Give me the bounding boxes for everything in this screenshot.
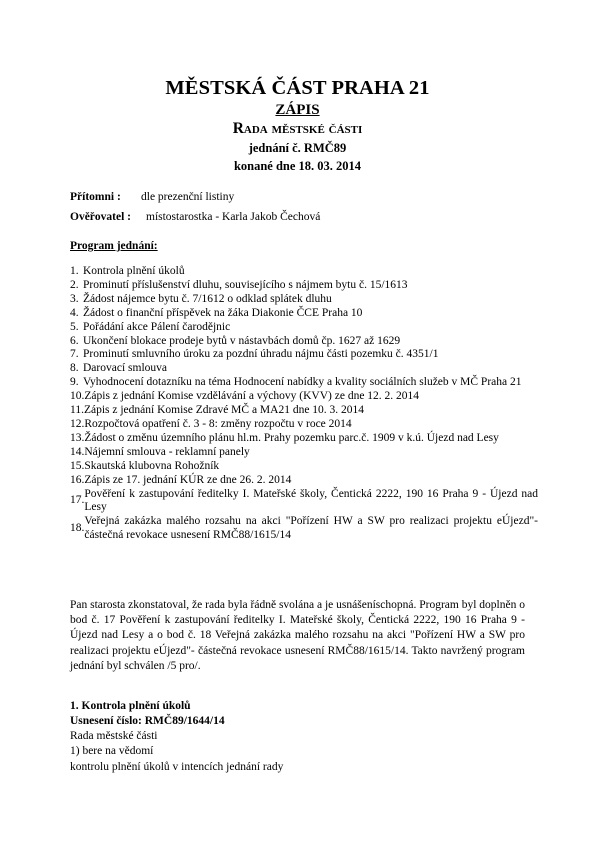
- resolution-detail: kontrolu plnění úkolů v intencích jednán…: [70, 760, 283, 775]
- agenda-item[interactable]: 13.Žádost o změnu územního plánu hl.m. P…: [70, 432, 538, 446]
- agenda-item[interactable]: 14.Nájemní smlouva - reklamní panely: [70, 446, 538, 460]
- agenda-item-text: Vyhodnocení dotazníku na téma Hodnocení …: [83, 376, 538, 390]
- agenda-item[interactable]: 8.Darovací smlouva: [70, 362, 538, 376]
- agenda-item-number: 15.: [70, 460, 84, 474]
- agenda-list: 1.Kontrola plnění úkolů2.Prominutí přísl…: [70, 265, 538, 543]
- agenda-item-text: Darovací smlouva: [83, 362, 538, 376]
- agenda-item-number: 11.: [70, 404, 84, 418]
- agenda-item-text: Prominutí smluvního úroku za pozdní úhra…: [83, 348, 538, 362]
- agenda-item-text: Kontrola plnění úkolů: [83, 265, 538, 279]
- agenda-item[interactable]: 9.Vyhodnocení dotazníku na téma Hodnocen…: [70, 376, 538, 390]
- present-label: Přítomni :: [70, 191, 121, 203]
- agenda-item-number: 3.: [70, 293, 83, 307]
- agenda-item-text: Nájemní smlouva - reklamní panely: [84, 446, 538, 460]
- agenda-item-text: Rozpočtová opatření č. 3 - 8: změny rozp…: [84, 418, 538, 432]
- agenda-item-text: Pořádání akce Pálení čarodějnic: [83, 321, 538, 335]
- agenda-item[interactable]: 11.Zápis z jednání Komise Zdravé MČ a MA…: [70, 404, 538, 418]
- document-page: MĚSTSKÁ ČÁST PRAHA 21 ZÁPIS Rada městské…: [0, 0, 595, 842]
- agenda-item-number: 12.: [70, 418, 84, 432]
- agenda-item-number: 8.: [70, 362, 83, 376]
- agenda-item-text: Zápis ze 17. jednání KÚR ze dne 26. 2. 2…: [84, 474, 538, 488]
- present-value: dle prezenční listiny: [141, 191, 234, 203]
- agenda-item-number: 9.: [70, 376, 83, 390]
- agenda-item[interactable]: 12.Rozpočtová opatření č. 3 - 8: změny r…: [70, 418, 538, 432]
- agenda-item-number: 6.: [70, 335, 83, 349]
- resolution-body: Rada městské části: [70, 729, 158, 744]
- agenda-item-number: 5.: [70, 321, 83, 335]
- agenda-item[interactable]: 15.Skautská klubovna Rohožník: [70, 460, 538, 474]
- resolution-point: 1) bere na vědomí: [70, 744, 153, 759]
- council-name: Rada městské části: [0, 120, 595, 138]
- agenda-item-number: 14.: [70, 446, 84, 460]
- agenda-item[interactable]: 18.Veřejná zakázka malého rozsahu na akc…: [70, 515, 538, 543]
- agenda-item-text: Žádost o změnu územního plánu hl.m. Prah…: [84, 432, 538, 446]
- document-type: ZÁPIS: [0, 102, 595, 119]
- agenda-item[interactable]: 7.Prominutí smluvního úroku za pozdní úh…: [70, 348, 538, 362]
- agenda-item-text: Žádost nájemce bytu č. 7/1612 o odklad s…: [83, 293, 538, 307]
- agenda-item-text: Žádost o finanční příspěvek na žáka Diak…: [83, 307, 538, 321]
- agenda-item[interactable]: 4.Žádost o finanční příspěvek na žáka Di…: [70, 307, 538, 321]
- agenda-item[interactable]: 5.Pořádání akce Pálení čarodějnic: [70, 321, 538, 335]
- agenda-item-number: 13.: [70, 432, 84, 446]
- agenda-item-number: 7.: [70, 348, 83, 362]
- agenda-item-number: 17.: [70, 494, 84, 508]
- agenda-item-text: Pověření k zastupování ředitelky I. Mate…: [84, 488, 538, 516]
- intro-paragraph: Pan starosta zkonstatoval, že rada byla …: [70, 598, 525, 674]
- agenda-item-text: Skautská klubovna Rohožník: [84, 460, 538, 474]
- meeting-date: konané dne 18. 03. 2014: [0, 159, 595, 174]
- municipality-title: MĚSTSKÁ ČÁST PRAHA 21: [0, 77, 595, 100]
- agenda-item-text: Ukončení blokace prodeje bytů v nástavbá…: [83, 335, 538, 349]
- agenda-item-number: 4.: [70, 307, 83, 321]
- agenda-item-number: 10.: [70, 390, 84, 404]
- verifier-label: Ověřovatel :: [70, 211, 131, 223]
- meeting-number: jednání č. RMČ89: [0, 141, 595, 156]
- agenda-item-number: 2.: [70, 279, 83, 293]
- agenda-item-text: Zápis z jednání Komise vzdělávání a vých…: [84, 390, 538, 404]
- resolution-number: Usnesení číslo: RMČ89/1644/14: [70, 714, 225, 729]
- agenda-item[interactable]: 1.Kontrola plnění úkolů: [70, 265, 538, 279]
- agenda-item-text: Zápis z jednání Komise Zdravé MČ a MA21 …: [84, 404, 538, 418]
- agenda-item[interactable]: 16.Zápis ze 17. jednání KÚR ze dne 26. 2…: [70, 474, 538, 488]
- verifier-value: místostarostka - Karla Jakob Čechová: [146, 211, 320, 223]
- agenda-item[interactable]: 6.Ukončení blokace prodeje bytů v nástav…: [70, 335, 538, 349]
- agenda-item-text: Prominutí příslušenství dluhu, souvisejí…: [83, 279, 538, 293]
- agenda-item-text: Veřejná zakázka malého rozsahu na akci "…: [84, 515, 538, 543]
- agenda-item-number: 18.: [70, 522, 84, 536]
- agenda-item-number: 16.: [70, 474, 84, 488]
- agenda-item[interactable]: 3.Žádost nájemce bytu č. 7/1612 o odklad…: [70, 293, 538, 307]
- program-title: Program jednání:: [70, 240, 158, 252]
- agenda-item[interactable]: 17.Pověření k zastupování ředitelky I. M…: [70, 488, 538, 516]
- agenda-item[interactable]: 2.Prominutí příslušenství dluhu, souvise…: [70, 279, 538, 293]
- agenda-item-number: 1.: [70, 265, 83, 279]
- section-heading: 1. Kontrola plnění úkolů: [70, 699, 191, 714]
- agenda-item[interactable]: 10.Zápis z jednání Komise vzdělávání a v…: [70, 390, 538, 404]
